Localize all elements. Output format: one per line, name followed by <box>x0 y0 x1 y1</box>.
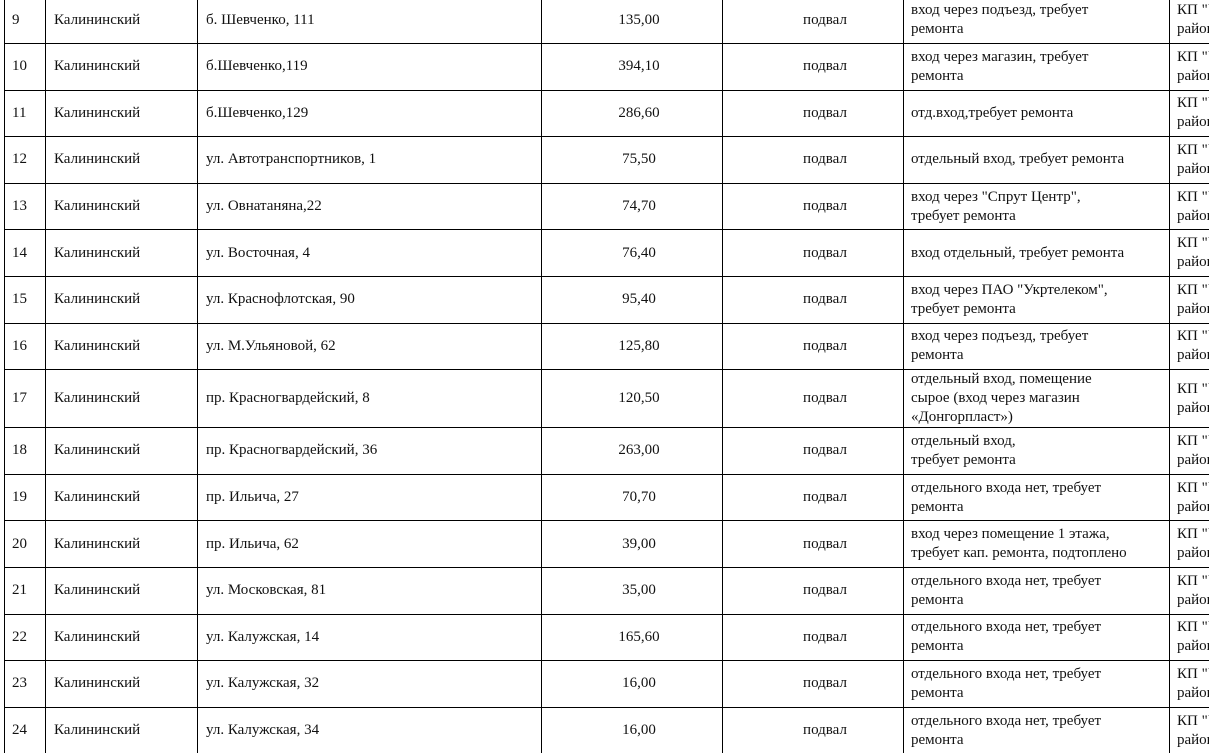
area-cell: 95,40 <box>542 276 723 323</box>
condition-description: вход через подъезд, требует ремонта <box>911 327 1165 365</box>
organization-cell: КП "УК Калининского района г. Донецка" <box>1170 370 1209 428</box>
organization-cell: КП "УК Калининского района г. Донецка" <box>1170 567 1209 614</box>
area-value: 95,40 <box>562 290 716 309</box>
row-number: 23 <box>12 674 39 693</box>
table-row: 18 Калининский пр. Красногвардейский, 36… <box>5 428 1209 475</box>
condition-cell: вход через "Спрут Центр", требует ремонт… <box>904 183 1170 230</box>
district-name: Калининский <box>54 57 191 76</box>
organization-name: КП "УК Калининского района г. Донецка" <box>1177 1 1209 39</box>
condition-description: отдельный вход, требует ремонта <box>911 432 1165 470</box>
organization-cell: КП "УК Калининского района г. Донецка" <box>1170 90 1209 137</box>
row-number-cell: 19 <box>5 474 46 521</box>
condition-description: вход отдельный, требует ремонта <box>911 244 1165 263</box>
district-cell: Калининский <box>46 614 198 661</box>
organization-name: КП "УК Калининского района г. Донецка" <box>1177 94 1209 132</box>
area-cell: 74,70 <box>542 183 723 230</box>
district-name: Калининский <box>54 150 191 169</box>
premises-type-cell: подвал <box>723 323 904 370</box>
row-number-cell: 16 <box>5 323 46 370</box>
condition-cell: вход через подъезд, требует ремонта <box>904 323 1170 370</box>
row-number-cell: 10 <box>5 44 46 91</box>
area-value: 39,00 <box>562 535 716 554</box>
address: б. Шевченко, 111 <box>206 11 535 30</box>
organization-name: КП "УК Калининского района г. Донецка" <box>1177 572 1209 610</box>
organization-cell: КП "УК Калининского района г. Донецка" <box>1170 44 1209 91</box>
table-row: 16 Калининский ул. М.Ульяновой, 62 125,8… <box>5 323 1209 370</box>
premises-type: подвал <box>753 628 897 647</box>
table-row: 11 Калининский б.Шевченко,129 286,60 под… <box>5 90 1209 137</box>
district-cell: Калининский <box>46 0 198 44</box>
area-cell: 70,70 <box>542 474 723 521</box>
row-number-cell: 14 <box>5 230 46 277</box>
area-value: 165,60 <box>562 628 716 647</box>
district-name: Калининский <box>54 337 191 356</box>
address-cell: ул. Калужская, 14 <box>198 614 542 661</box>
condition-cell: отдельного входа нет, требует ремонта <box>904 474 1170 521</box>
premises-type: подвал <box>753 581 897 600</box>
address: ул. Восточная, 4 <box>206 244 535 263</box>
condition-description: отдельный вход, требует ремонта <box>911 150 1165 169</box>
organization-name: КП "УК Калининского района г. Донецка" <box>1177 281 1209 319</box>
district-cell: Калининский <box>46 90 198 137</box>
table-row: 10 Калининский б.Шевченко,119 394,10 под… <box>5 44 1209 91</box>
row-number-cell: 21 <box>5 567 46 614</box>
district-name: Калининский <box>54 674 191 693</box>
district-cell: Калининский <box>46 183 198 230</box>
premises-type: подвал <box>753 337 897 356</box>
condition-description: отд.вход,требует ремонта <box>911 104 1165 123</box>
organization-name: КП "УК Калининского района г. Донецка" <box>1177 525 1209 563</box>
row-number-cell: 18 <box>5 428 46 475</box>
row-number-cell: 9 <box>5 0 46 44</box>
address-cell: ул. Краснофлотская, 90 <box>198 276 542 323</box>
area-cell: 35,00 <box>542 567 723 614</box>
organization-cell: КП "УК Калининского района г. Донецка" <box>1170 614 1209 661</box>
area-value: 120,50 <box>562 389 716 408</box>
table-row: 12 Калининский ул. Автотранспортников, 1… <box>5 137 1209 184</box>
table-row: 9 Калининский б. Шевченко, 111 135,00 по… <box>5 0 1209 44</box>
organization-name: КП "УК Калининского района г. Донецка" <box>1177 234 1209 272</box>
district-cell: Калининский <box>46 428 198 475</box>
condition-description: отдельного входа нет, требует ремонта <box>911 665 1165 703</box>
premises-type: подвал <box>753 535 897 554</box>
condition-cell: отдельный вход, требует ремонта <box>904 428 1170 475</box>
address-cell: ул. Калужская, 34 <box>198 707 542 753</box>
district-cell: Калининский <box>46 370 198 428</box>
district-cell: Калининский <box>46 474 198 521</box>
district-name: Калининский <box>54 441 191 460</box>
area-cell: 394,10 <box>542 44 723 91</box>
district-name: Калининский <box>54 488 191 507</box>
address: ул. М.Ульяновой, 62 <box>206 337 535 356</box>
organization-cell: КП "УК Калининского района г. Донецка" <box>1170 230 1209 277</box>
row-number-cell: 23 <box>5 661 46 708</box>
organization-name: КП "УК Калининского района г. Донецка" <box>1177 141 1209 179</box>
address: ул. Калужская, 32 <box>206 674 535 693</box>
address-cell: б. Шевченко, 111 <box>198 0 542 44</box>
premises-type-cell: подвал <box>723 137 904 184</box>
area-cell: 120,50 <box>542 370 723 428</box>
address-cell: пр. Ильича, 27 <box>198 474 542 521</box>
row-number-cell: 12 <box>5 137 46 184</box>
premises-table: 9 Калининский б. Шевченко, 111 135,00 по… <box>4 0 1209 753</box>
area-cell: 76,40 <box>542 230 723 277</box>
address-cell: ул. Автотранспортников, 1 <box>198 137 542 184</box>
condition-cell: вход через ПАО "Укртелеком", требует рем… <box>904 276 1170 323</box>
organization-cell: КП "УК Калининского района г. Донецка" <box>1170 183 1209 230</box>
condition-cell: отдельного входа нет, требует ремонта <box>904 707 1170 753</box>
condition-cell: отдельный вход, помещение сырое (вход че… <box>904 370 1170 428</box>
organization-cell: КП "УК Калининского района г. Донецка" <box>1170 428 1209 475</box>
premises-type: подвал <box>753 389 897 408</box>
address: ул. Московская, 81 <box>206 581 535 600</box>
table-row: 20 Калининский пр. Ильича, 62 39,00 подв… <box>5 521 1209 568</box>
address-cell: пр. Красногвардейский, 36 <box>198 428 542 475</box>
organization-cell: КП "УК Калининского района г. Донецка" <box>1170 0 1209 44</box>
condition-description: отдельного входа нет, требует ремонта <box>911 712 1165 750</box>
premises-type: подвал <box>753 57 897 76</box>
row-number: 14 <box>12 244 39 263</box>
area-value: 125,80 <box>562 337 716 356</box>
premises-type-cell: подвал <box>723 0 904 44</box>
table-row: 19 Калининский пр. Ильича, 27 70,70 подв… <box>5 474 1209 521</box>
area-value: 75,50 <box>562 150 716 169</box>
area-value: 35,00 <box>562 581 716 600</box>
table-row: 23 Калининский ул. Калужская, 32 16,00 п… <box>5 661 1209 708</box>
district-cell: Калининский <box>46 44 198 91</box>
table-row: 14 Калининский ул. Восточная, 4 76,40 по… <box>5 230 1209 277</box>
row-number: 20 <box>12 535 39 554</box>
row-number: 18 <box>12 441 39 460</box>
district-name: Калининский <box>54 581 191 600</box>
organization-name: КП "УК Калининского района г. Донецка" <box>1177 48 1209 86</box>
row-number: 10 <box>12 57 39 76</box>
row-number-cell: 24 <box>5 707 46 753</box>
organization-name: КП "УК Калининского района г. Донецка" <box>1177 712 1209 750</box>
condition-cell: отдельного входа нет, требует ремонта <box>904 567 1170 614</box>
premises-type: подвал <box>753 674 897 693</box>
premises-type-cell: подвал <box>723 521 904 568</box>
condition-cell: вход через помещение 1 этажа, требует ка… <box>904 521 1170 568</box>
row-number: 9 <box>12 11 39 30</box>
address-cell: ул. Московская, 81 <box>198 567 542 614</box>
premises-type-cell: подвал <box>723 90 904 137</box>
premises-type: подвал <box>753 11 897 30</box>
address: пр. Красногвардейский, 8 <box>206 389 535 408</box>
table-row: 24 Калининский ул. Калужская, 34 16,00 п… <box>5 707 1209 753</box>
address-cell: б.Шевченко,119 <box>198 44 542 91</box>
row-number-cell: 22 <box>5 614 46 661</box>
organization-name: КП "УК Калининского района г. Донецка" <box>1177 432 1209 470</box>
address: пр. Ильича, 62 <box>206 535 535 554</box>
row-number: 21 <box>12 581 39 600</box>
premises-type: подвал <box>753 104 897 123</box>
row-number: 16 <box>12 337 39 356</box>
condition-cell: отдельный вход, требует ремонта <box>904 137 1170 184</box>
area-cell: 135,00 <box>542 0 723 44</box>
row-number: 19 <box>12 488 39 507</box>
organization-cell: КП "УК Калининского района г. Донецка" <box>1170 137 1209 184</box>
organization-name: КП "УК Калининского района г. Донецка" <box>1177 665 1209 703</box>
area-value: 16,00 <box>562 674 716 693</box>
premises-type-cell: подвал <box>723 370 904 428</box>
area-value: 76,40 <box>562 244 716 263</box>
premises-type: подвал <box>753 441 897 460</box>
address-cell: ул. М.Ульяновой, 62 <box>198 323 542 370</box>
district-name: Калининский <box>54 721 191 740</box>
condition-description: отдельного входа нет, требует ремонта <box>911 618 1165 656</box>
table-row: 21 Калининский ул. Московская, 81 35,00 … <box>5 567 1209 614</box>
condition-description: вход через подъезд, требует ремонта <box>911 1 1165 39</box>
premises-type-cell: подвал <box>723 474 904 521</box>
table-row: 17 Калининский пр. Красногвардейский, 8 … <box>5 370 1209 428</box>
address: пр. Красногвардейский, 36 <box>206 441 535 460</box>
condition-cell: вход отдельный, требует ремонта <box>904 230 1170 277</box>
district-cell: Калининский <box>46 137 198 184</box>
condition-description: вход через помещение 1 этажа, требует ка… <box>911 525 1165 563</box>
district-cell: Калининский <box>46 567 198 614</box>
organization-cell: КП "УК Калининского района г. Донецка" <box>1170 276 1209 323</box>
address: б.Шевченко,129 <box>206 104 535 123</box>
area-cell: 125,80 <box>542 323 723 370</box>
premises-type-cell: подвал <box>723 614 904 661</box>
address: ул. Краснофлотская, 90 <box>206 290 535 309</box>
district-name: Калининский <box>54 197 191 216</box>
area-value: 135,00 <box>562 11 716 30</box>
row-number-cell: 15 <box>5 276 46 323</box>
address-cell: ул. Овнатаняна,22 <box>198 183 542 230</box>
district-cell: Калининский <box>46 521 198 568</box>
row-number: 15 <box>12 290 39 309</box>
district-cell: Калининский <box>46 323 198 370</box>
area-cell: 263,00 <box>542 428 723 475</box>
address: ул. Калужская, 34 <box>206 721 535 740</box>
condition-cell: отд.вход,требует ремонта <box>904 90 1170 137</box>
district-cell: Калининский <box>46 276 198 323</box>
area-value: 74,70 <box>562 197 716 216</box>
area-value: 286,60 <box>562 104 716 123</box>
premises-type: подвал <box>753 721 897 740</box>
premises-type-cell: подвал <box>723 567 904 614</box>
address: ул. Калужская, 14 <box>206 628 535 647</box>
condition-cell: отдельного входа нет, требует ремонта <box>904 614 1170 661</box>
district-name: Калининский <box>54 104 191 123</box>
premises-type-cell: подвал <box>723 707 904 753</box>
premises-type-cell: подвал <box>723 183 904 230</box>
area-value: 394,10 <box>562 57 716 76</box>
premises-type: подвал <box>753 290 897 309</box>
condition-description: вход через магазин, требует ремонта <box>911 48 1165 86</box>
district-name: Калининский <box>54 11 191 30</box>
row-number: 11 <box>12 104 39 123</box>
condition-cell: отдельного входа нет, требует ремонта <box>904 661 1170 708</box>
address-cell: ул. Калужская, 32 <box>198 661 542 708</box>
organization-name: КП "УК Калининского района г. Донецка" <box>1177 618 1209 656</box>
area-cell: 39,00 <box>542 521 723 568</box>
area-cell: 286,60 <box>542 90 723 137</box>
row-number: 22 <box>12 628 39 647</box>
address: пр. Ильича, 27 <box>206 488 535 507</box>
area-value: 70,70 <box>562 488 716 507</box>
row-number-cell: 13 <box>5 183 46 230</box>
organization-cell: КП "УК Калининского района г. Донецка" <box>1170 474 1209 521</box>
address: б.Шевченко,119 <box>206 57 535 76</box>
area-cell: 16,00 <box>542 707 723 753</box>
condition-description: отдельного входа нет, требует ремонта <box>911 572 1165 610</box>
premises-type: подвал <box>753 244 897 263</box>
condition-description: вход через "Спрут Центр", требует ремонт… <box>911 188 1165 226</box>
district-name: Калининский <box>54 389 191 408</box>
condition-description: отдельный вход, помещение сырое (вход че… <box>911 370 1165 427</box>
table-row: 15 Калининский ул. Краснофлотская, 90 95… <box>5 276 1209 323</box>
address-cell: б.Шевченко,129 <box>198 90 542 137</box>
condition-description: отдельного входа нет, требует ремонта <box>911 479 1165 517</box>
district-name: Калининский <box>54 290 191 309</box>
premises-type: подвал <box>753 150 897 169</box>
address-cell: пр. Красногвардейский, 8 <box>198 370 542 428</box>
organization-name: КП "УК Калининского района г. Донецка" <box>1177 479 1209 517</box>
premises-document: 9 Калининский б. Шевченко, 111 135,00 по… <box>4 0 1209 753</box>
district-cell: Калининский <box>46 230 198 277</box>
organization-cell: КП "УК Калининского района г. Донецка" <box>1170 323 1209 370</box>
row-number-cell: 17 <box>5 370 46 428</box>
premises-type-cell: подвал <box>723 44 904 91</box>
organization-name: КП "УК Калининского района г. Донецка" <box>1177 188 1209 226</box>
district-cell: Калининский <box>46 707 198 753</box>
condition-description: вход через ПАО "Укртелеком", требует рем… <box>911 281 1165 319</box>
row-number: 24 <box>12 721 39 740</box>
row-number-cell: 11 <box>5 90 46 137</box>
row-number: 12 <box>12 150 39 169</box>
row-number-cell: 20 <box>5 521 46 568</box>
premises-type-cell: подвал <box>723 661 904 708</box>
row-number: 13 <box>12 197 39 216</box>
table-row: 13 Калининский ул. Овнатаняна,22 74,70 п… <box>5 183 1209 230</box>
area-value: 16,00 <box>562 721 716 740</box>
area-value: 263,00 <box>562 441 716 460</box>
organization-name: КП "УК Калининского района г. Донецка" <box>1177 380 1209 418</box>
address-cell: ул. Восточная, 4 <box>198 230 542 277</box>
organization-cell: КП "УК Калининского района г. Донецка" <box>1170 661 1209 708</box>
area-cell: 75,50 <box>542 137 723 184</box>
table-body: 9 Калининский б. Шевченко, 111 135,00 по… <box>5 0 1209 753</box>
district-cell: Калининский <box>46 661 198 708</box>
organization-cell: КП "УК Калининского района г. Донецка" <box>1170 521 1209 568</box>
address-cell: пр. Ильича, 62 <box>198 521 542 568</box>
condition-cell: вход через магазин, требует ремонта <box>904 44 1170 91</box>
address: ул. Овнатаняна,22 <box>206 197 535 216</box>
area-cell: 16,00 <box>542 661 723 708</box>
address: ул. Автотранспортников, 1 <box>206 150 535 169</box>
district-name: Калининский <box>54 244 191 263</box>
district-name: Калининский <box>54 535 191 554</box>
organization-cell: КП "УК Калининского района г. Донецка" <box>1170 707 1209 753</box>
premises-type-cell: подвал <box>723 428 904 475</box>
premises-type-cell: подвал <box>723 276 904 323</box>
area-cell: 165,60 <box>542 614 723 661</box>
premises-type: подвал <box>753 488 897 507</box>
organization-name: КП "УК Калининского района г. Донецка" <box>1177 327 1209 365</box>
condition-cell: вход через подъезд, требует ремонта <box>904 0 1170 44</box>
premises-type-cell: подвал <box>723 230 904 277</box>
row-number: 17 <box>12 389 39 408</box>
table-row: 22 Калининский ул. Калужская, 14 165,60 … <box>5 614 1209 661</box>
premises-type: подвал <box>753 197 897 216</box>
district-name: Калининский <box>54 628 191 647</box>
